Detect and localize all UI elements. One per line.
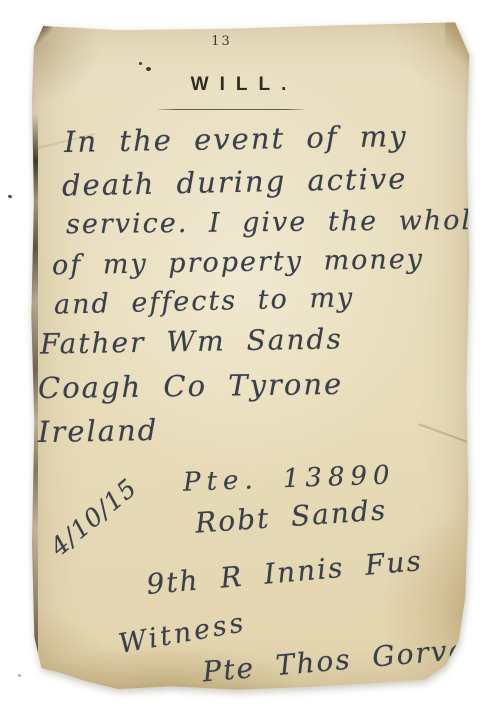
regiment-line: 9th R Innis Fus — [145, 544, 424, 601]
scan-background: 13 WILL. In the event of my death during… — [0, 0, 500, 707]
binding-edge-shadow — [30, 20, 38, 691]
will-body-line-address: Coagh Co Tyrone — [38, 367, 344, 405]
will-page: 13 WILL. In the event of my death during… — [30, 20, 471, 691]
will-body-line: of my property money — [52, 244, 425, 281]
folded-corner-top-right — [445, 20, 471, 70]
testator-signature: Robt Sands — [194, 493, 388, 539]
background-speck — [8, 194, 13, 198]
will-page-wrapper: 13 WILL. In the event of my death during… — [30, 20, 471, 691]
will-body-line: service. I give the whole — [66, 205, 490, 240]
will-heading: WILL. — [18, 74, 459, 96]
will-body-line-country: Ireland — [38, 413, 159, 449]
heading-rule — [158, 109, 304, 110]
will-body-line: In the event of my — [64, 119, 408, 159]
paper-crease — [418, 423, 468, 443]
ink-speck — [146, 67, 151, 71]
ink-speck — [139, 62, 142, 65]
will-date: 4/10/15 — [45, 473, 143, 562]
witness-signature: Pte Thos Gorva — [201, 632, 468, 688]
will-body-line-beneficiary: Father Wm Sands — [40, 322, 343, 360]
will-body-line: and effects to my — [54, 282, 355, 320]
will-body-line: death during active — [62, 161, 408, 202]
page-number: 13 — [1, 34, 442, 49]
service-number: Pte. 13890 — [183, 460, 396, 497]
witness-label: Witness — [116, 607, 248, 660]
background-speck — [18, 674, 21, 677]
